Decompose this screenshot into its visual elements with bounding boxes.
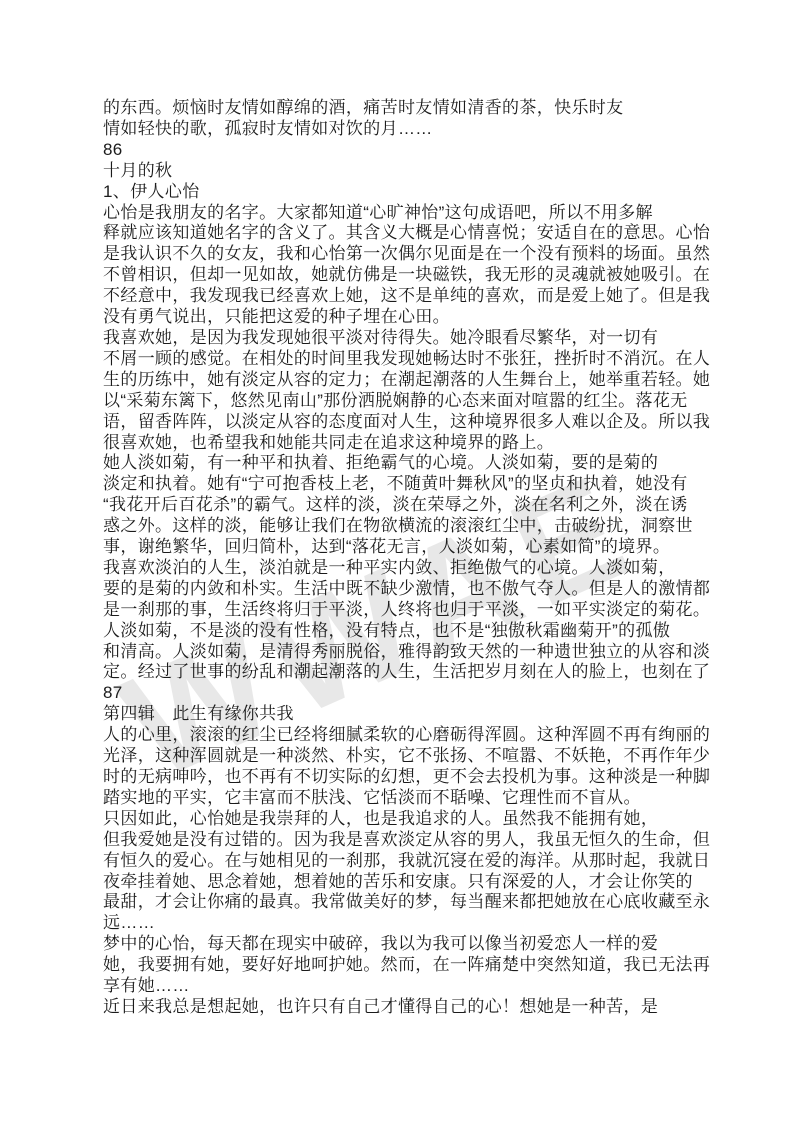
text-line: “我花开后百花杀”的霸气。这样的淡，淡在荣辱之外，淡在名利之外，淡在诱 <box>103 495 743 516</box>
text-line: 她，我要拥有她，要好好地呵护她。然而，在一阵痛楚中突然知道，我已无法再 <box>103 955 743 976</box>
text-line: 梦中的心怡，每天都在现实中破碎，我以为我可以像当初爱恋人一样的爱 <box>103 934 743 955</box>
text-line: 淡定和执着。她有“宁可抱香枝上老，不随黄叶舞秋风”的坚贞和执着，她没有 <box>103 474 743 495</box>
text-line: 86 <box>103 140 743 161</box>
text-line: 人的心里，滚滚的红尘已经将细腻柔软的心磨砺得浑圆。这种浑圆不再有绚丽的 <box>103 725 743 746</box>
text-line: 心怡是我朋友的名字。大家都知道“心旷神怡”这句成语吧，所以不用多解 <box>103 203 743 224</box>
text-line: 的东西。烦恼时友情如醇绵的酒，痛苦时友情如清香的茶，快乐时友 <box>103 98 743 119</box>
text-line: 我喜欢淡泊的人生，淡泊就是一种平实内敛、拒绝傲气的心境。人淡如菊， <box>103 558 743 579</box>
text-line: 但我爱她是没有过错的。因为我是喜欢淡定从容的男人，我虽无恒久的生命，但 <box>103 830 743 851</box>
text-line: 释就应该知道她名字的含义了。其含义大概是心情喜悦；安适自在的意思。心怡 <box>103 223 743 244</box>
text-line: 近日来我总是想起她，也许只有自己才懂得自己的心！想她是一种苦，是 <box>103 997 743 1018</box>
text-line: 光泽，这种浑圆就是一种淡然、朴实，它不张扬、不喧嚣、不妖艳，不再作年少 <box>103 746 743 767</box>
text-line: 是我认识不久的女友，我和心怡第一次偶尔见面是在一个没有预料的场面。虽然 <box>103 244 743 265</box>
text-line: 很喜欢她，也希望我和她能共同走在追求这种境界的路上。 <box>103 433 743 454</box>
text-line: 是一刹那的事，生活终将归于平淡，人终将也归于平淡，一如平实淡定的菊花。 <box>103 600 743 621</box>
document-text: 的东西。烦恼时友情如醇绵的酒，痛苦时友情如清香的茶，快乐时友情如轻快的歌，孤寂时… <box>103 98 743 1018</box>
text-line: 语，留香阵阵，以淡定从容的态度面对人生，这种境界很多人难以企及。所以我 <box>103 412 743 433</box>
text-line: 要的是菊的内敛和朴实。生活中既不缺少激情，也不傲气夺人。但是人的激情都 <box>103 579 743 600</box>
text-line: 和清高。人淡如菊，是清得秀丽脱俗，雅得韵致天然的一种遗世独立的从容和淡 <box>103 642 743 663</box>
text-line: 不曾相识，但却一见如故，她就仿佛是一块磁铁，我无形的灵魂就被她吸引。在 <box>103 265 743 286</box>
document-page: WWAE 的东西。烦恼时友情如醇绵的酒，痛苦时友情如清香的茶，快乐时友情如轻快的… <box>0 0 793 1122</box>
text-line: 我喜欢她，是因为我发现她很平淡对待得失。她冷眼看尽繁华，对一切有 <box>103 328 743 349</box>
text-line: 十月的秋 <box>103 161 743 182</box>
text-line: 以“采菊东篱下，悠然见南山”那份洒脱娴静的心态来面对喧嚣的红尘。落花无 <box>103 391 743 412</box>
text-line: 人淡如菊，不是淡的没有性格，没有特点，也不是“独傲秋霜幽菊开”的孤傲 <box>103 621 743 642</box>
text-line: 时的无病呻吟，也不再有不切实际的幻想，更不会去投机为事。这种淡是一种脚 <box>103 767 743 788</box>
text-line: 远…… <box>103 913 743 934</box>
text-line: 没有勇气说出，只能把这爱的种子埋在心田。 <box>103 307 743 328</box>
text-line: 她人淡如菊，有一种平和执着、拒绝霸气的心境。人淡如菊，要的是菊的 <box>103 453 743 474</box>
text-line: 最甜，才会让你痛的最真。我常做美好的梦，每当醒来都把她放在心底收藏至永 <box>103 892 743 913</box>
text-line: 有恒久的爱心。在与她相见的一刹那，我就沉寖在爱的海洋。从那时起，我就日 <box>103 851 743 872</box>
text-line: 事，谢绝繁华，回归简朴，达到“落花无言，人淡如菊，心素如简”的境界。 <box>103 537 743 558</box>
text-line: 第四辑 此生有缘你共我 <box>103 704 743 725</box>
text-line: 定。经过了世事的纷乱和潮起潮落的人生，生活把岁月刻在人的脸上，也刻在了 <box>103 662 743 683</box>
text-line: 享有她…… <box>103 976 743 997</box>
text-line: 惑之外。这样的淡，能够让我们在物欲横流的滚滚红尘中，击破纷扰，洞察世 <box>103 516 743 537</box>
text-line: 87 <box>103 683 743 704</box>
text-line: 生的历练中，她有淡定从容的定力；在潮起潮落的人生舞台上，她举重若轻。她 <box>103 370 743 391</box>
text-line: 夜牵挂着她、思念着她，想着她的苦乐和安康。只有深爱的人，才会让你笑的 <box>103 872 743 893</box>
text-line: 情如轻快的歌，孤寂时友情如对饮的月…… <box>103 119 743 140</box>
text-line: 1、伊人心怡 <box>103 182 743 203</box>
text-line: 只因如此，心怡她是我崇拜的人，也是我追求的人。虽然我不能拥有她， <box>103 809 743 830</box>
text-line: 踏实地的平实，它丰富而不肤浅、它恬淡而不聒噪、它理性而不盲从。 <box>103 788 743 809</box>
text-line: 不经意中，我发现我已经喜欢上她，这不是单纯的喜欢，而是爱上她了。但是我 <box>103 286 743 307</box>
text-line: 不屑一顾的感觉。在相处的时间里我发现她畅达时不张狂，挫折时不消沉。在人 <box>103 349 743 370</box>
